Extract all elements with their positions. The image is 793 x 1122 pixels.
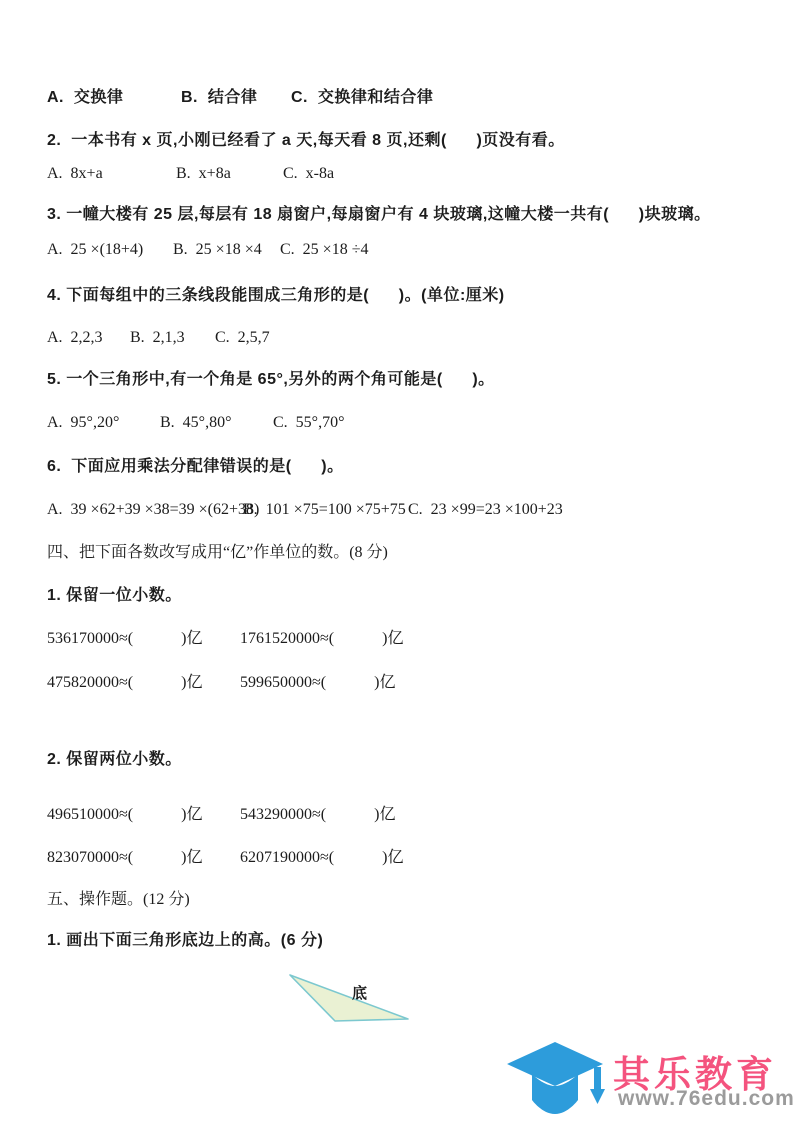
fill-blank-496510000: 496510000≈( )亿 (47, 805, 202, 825)
exam-page: A. 交换律 B. 结合律 C. 交换律和结合律 2. 一本书有 x 页,小刚已… (0, 0, 793, 1122)
q6-option-c: C. 23 ×99=23 ×100+23 (408, 500, 563, 520)
q1-option-a: A. 交换律 (47, 88, 123, 108)
q2-text: 2. 一本书有 x 页,小刚已经看了 a 天,每天看 8 页,还剩( )页没有看… (47, 131, 565, 151)
section5-title: 五、操作题。(12 分) (47, 890, 190, 910)
q2-option-c: C. x-8a (283, 164, 334, 184)
q3-text: 3. 一幢大楼有 25 层,每层有 18 扇窗户,每扇窗户有 4 块玻璃,这幢大… (47, 205, 711, 225)
fill-blank-823070000: 823070000≈( )亿 (47, 848, 202, 868)
fill-blank-543290000: 543290000≈( )亿 (240, 805, 395, 825)
q2-option-b: B. x+8a (176, 164, 231, 184)
q5-option-b: B. 45°,80° (160, 413, 231, 433)
q6-text: 6. 下面应用乘法分配律错误的是( )。 (47, 457, 344, 477)
q3-option-c: C. 25 ×18 ÷4 (280, 240, 368, 260)
triangle-icon (283, 963, 418, 1028)
q4-option-b: B. 2,1,3 (130, 328, 185, 348)
triangle-base-label: 底 (352, 982, 367, 1003)
q6-option-a: A. 39 ×62+39 ×38=39 ×(62+38) (47, 500, 259, 520)
section5-sub1: 1. 画出下面三角形底边上的高。(6 分) (47, 931, 323, 951)
q3-option-a: A. 25 ×(18+4) (47, 240, 143, 260)
triangle-figure (283, 963, 418, 1028)
q5-text: 5. 一个三角形中,有一个角是 65°,另外的两个角可能是( )。 (47, 370, 495, 390)
q5-option-a: A. 95°,20° (47, 413, 119, 433)
fill-blank-536170000: 536170000≈( )亿 (47, 629, 202, 649)
q2-option-a: A. 8x+a (47, 164, 103, 184)
graduation-cap-icon (505, 1040, 607, 1120)
q5-option-c: C. 55°,70° (273, 413, 344, 433)
fill-blank-6207190000: 6207190000≈( )亿 (240, 848, 403, 868)
q4-option-a: A. 2,2,3 (47, 328, 103, 348)
q1-option-c: C. 交换律和结合律 (291, 88, 433, 108)
section4-sub1: 1. 保留一位小数。 (47, 586, 182, 606)
fill-blank-475820000: 475820000≈( )亿 (47, 673, 202, 693)
fill-blank-599650000: 599650000≈( )亿 (240, 673, 395, 693)
q4-text: 4. 下面每组中的三条线段能围成三角形的是( )。(单位:厘米) (47, 286, 505, 306)
q6-option-b: B. 101 ×75=100 ×75+75 (243, 500, 406, 520)
fill-blank-1761520000: 1761520000≈( )亿 (240, 629, 403, 649)
q3-option-b: B. 25 ×18 ×4 (173, 240, 262, 260)
section4-sub2: 2. 保留两位小数。 (47, 750, 182, 770)
section4-title: 四、把下面各数改写成用“亿”作单位的数。(8 分) (47, 543, 388, 563)
q4-option-c: C. 2,5,7 (215, 328, 270, 348)
q1-option-b: B. 结合律 (181, 88, 257, 108)
logo-website-url: www.76edu.com (618, 1087, 793, 1111)
